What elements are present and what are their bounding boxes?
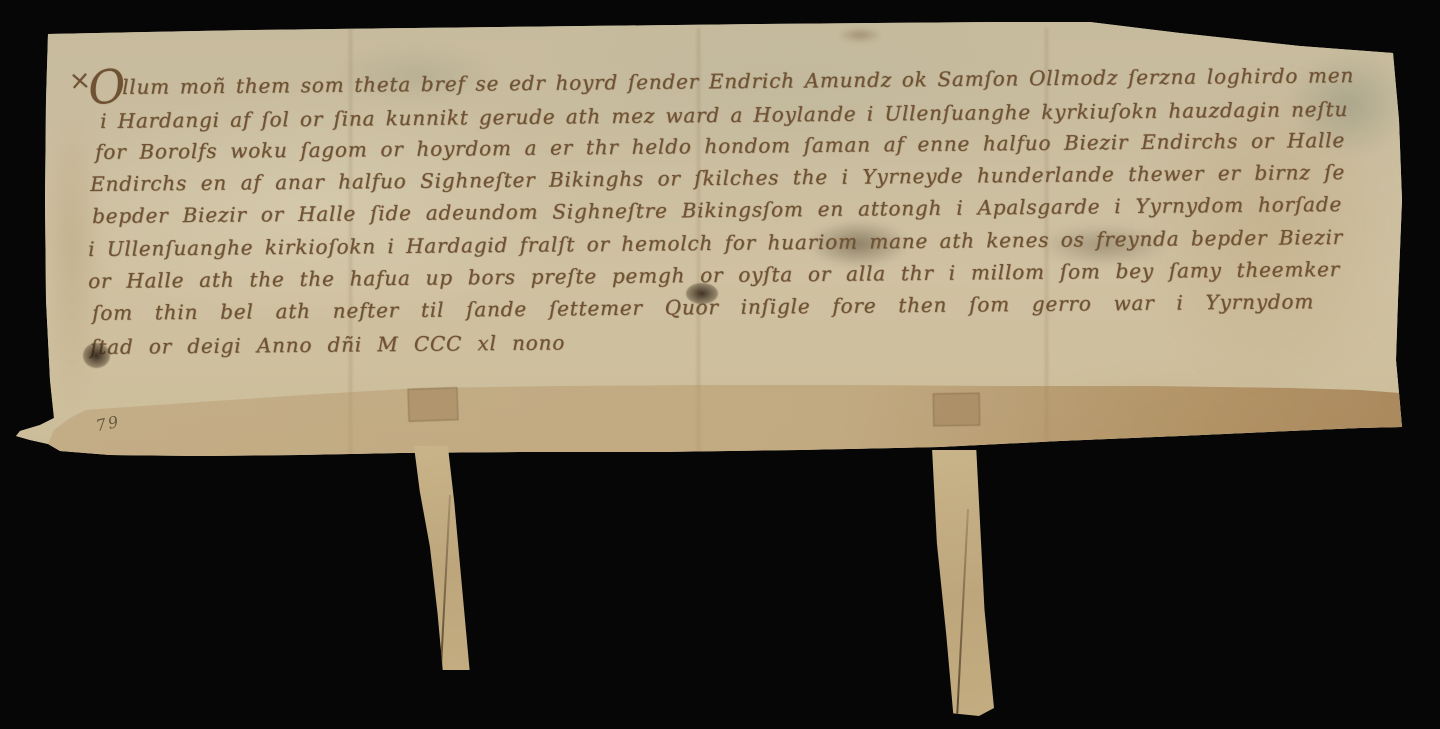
text-line: or Halle ath the the hafua up bors preſt…: [88, 256, 1340, 294]
seal-tag-fold-seam: [956, 508, 969, 713]
seal-tag-left: [412, 446, 476, 670]
text-line: llum moñ them som theta bref se edr hoyr…: [122, 62, 1354, 100]
parchment-charter: × O llum moñ them som theta bref se edr …: [0, 0, 1440, 729]
text-line: ſtad or deigi Anno dñi M CCC xl nono: [90, 329, 565, 360]
seal-tag-right: [926, 450, 994, 716]
text-line: bepder Biezir or Halle ſide adeundom Sig…: [92, 191, 1342, 229]
text-line: ſom thin bel ath nefter til ſande ſettem…: [92, 288, 1314, 326]
seal-tag-slit-right: [933, 393, 981, 427]
text-line: i Ullenſuanghe kirkioſokn i Hardagid fra…: [88, 224, 1343, 262]
seal-tag-slit-left: [407, 387, 458, 422]
text-line: for Borolfs woku ſagom or hoyrdom a er t…: [95, 127, 1345, 165]
stain-top-edge-spot: [838, 27, 882, 43]
photo-background: × O llum moñ them som theta bref se edr …: [0, 0, 1440, 729]
text-line: Endirchs en af anar halfuo Sighneſter Bi…: [90, 159, 1345, 197]
seal-tag-fold-seam: [440, 495, 451, 667]
